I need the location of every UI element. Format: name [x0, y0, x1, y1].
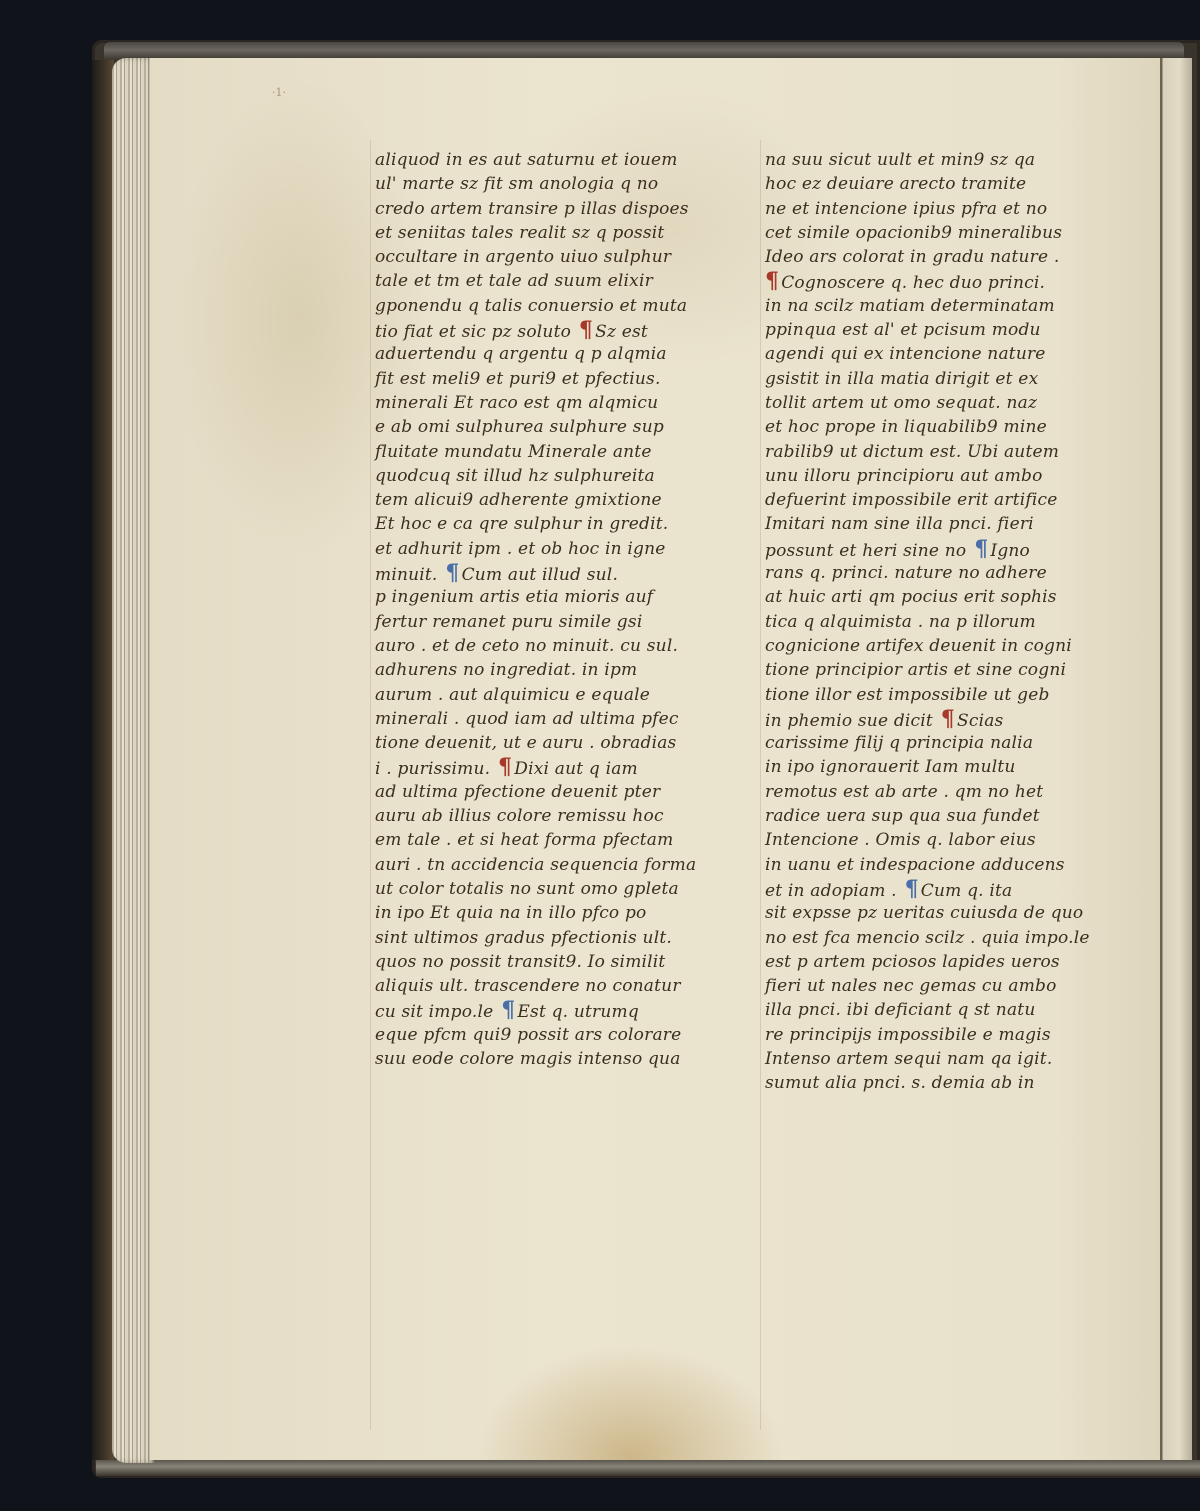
text-line: em tale . et si heat forma pfectam [375, 828, 735, 852]
line-text: e ab omi sulphurea sulphure sup [375, 417, 664, 437]
text-line: est p artem pciosos lapides ueros [765, 950, 1125, 974]
text-line: tione principior artis et sine cogni [765, 658, 1125, 682]
folio-mark: ·1· [272, 86, 286, 99]
text-column-left: aliquod in es aut saturnu et iouemul' ma… [375, 148, 735, 1071]
text-line: agendi qui ex intencione nature [765, 342, 1125, 366]
line-text: et seniitas tales realit sz q possit [375, 223, 664, 243]
line-text: in ipo Et quia na in illo pfco po [375, 903, 646, 923]
line-text: radice uera sup qua sua fundet [765, 806, 1040, 826]
text-line: cet simile opacionib9 mineralibus [765, 221, 1125, 245]
line-text: aduertendu q argentu q p alqmia [375, 344, 667, 364]
line-text: tica q alquimista . na p illorum [765, 612, 1036, 632]
text-line: in ipo Et quia na in illo pfco po [375, 901, 735, 925]
line-text: sumut alia pnci. s. demia ab in [765, 1073, 1035, 1093]
text-line: re principijs impossibile e magis [765, 1023, 1125, 1047]
text-line: sit expsse pz ueritas cuiusda de quo [765, 901, 1125, 925]
line-text: cet simile opacionib9 mineralibus [765, 223, 1062, 243]
line-text: in na scilz matiam determinatam [765, 296, 1055, 316]
line-text: tio fiat et sic pz soluto [375, 322, 571, 342]
line-text: tale et tm et tale ad suum elixir [375, 271, 653, 291]
text-line: in phemio sue dicit ¶Scias [765, 707, 1125, 731]
text-line: possunt et heri sine no ¶Igno [765, 537, 1125, 561]
text-line: rabilib9 ut dictum est. Ubi autem [765, 440, 1125, 464]
line-text: ut color totalis no sunt omo gpleta [375, 879, 679, 899]
text-line: sumut alia pnci. s. demia ab in [765, 1071, 1125, 1095]
rubric-text: Cum q. ita [921, 881, 1013, 901]
rubric-text: Igno [990, 541, 1030, 561]
ruling-line [760, 140, 761, 1430]
line-text: fieri ut nales nec gemas cu ambo [765, 976, 1057, 996]
text-line: tione deuenit, ut e auru . obradias [375, 731, 735, 755]
line-text: et in adopiam . [765, 881, 897, 901]
line-text: ppinqua est al' et pcisum modu [765, 320, 1041, 340]
text-line: ¶Cognoscere q. hec duo princi. [765, 269, 1125, 293]
line-text: tione deuenit, ut e auru . obradias [375, 733, 676, 753]
text-line: auri . tn accidencia sequencia forma [375, 853, 735, 877]
text-line: quodcuq sit illud hz sulphureita [375, 464, 735, 488]
text-line: suu eode colore magis intenso qua [375, 1047, 735, 1071]
rubric-text: Scias [957, 711, 1003, 731]
line-text: tem alicui9 adherente gmixtione [375, 490, 662, 510]
red-pilcrow-icon: ¶ [765, 268, 779, 294]
text-column-right: na suu sicut uult et min9 sz qahoc ez de… [765, 148, 1125, 1096]
text-line: tione illor est impossibile ut geb [765, 683, 1125, 707]
line-text: Intenso artem sequi nam qa igit. [765, 1049, 1052, 1069]
line-text: tollit artem ut omo sequat. naz [765, 393, 1037, 413]
gutter-binding [1160, 58, 1192, 1460]
text-line: aurum . aut alquimicu e equale [375, 683, 735, 707]
line-text: rans q. princi. nature no adhere [765, 563, 1047, 583]
text-line: in na scilz matiam determinatam [765, 294, 1125, 318]
line-text: quos no possit transit9. Io similit [375, 952, 665, 972]
text-line: i . purissimu. ¶Dixi aut q iam [375, 755, 735, 779]
text-line: Intenso artem sequi nam qa igit. [765, 1047, 1125, 1071]
line-text: at huic arti qm pocius erit sophis [765, 587, 1057, 607]
text-line: sint ultimos gradus pfectionis ult. [375, 926, 735, 950]
line-text: eque pfcm qui9 possit ars colorare [375, 1025, 681, 1045]
text-line: credo artem transire p illas dispoes [375, 197, 735, 221]
line-text: in phemio sue dicit [765, 711, 933, 731]
line-text: est p artem pciosos lapides ueros [765, 952, 1060, 972]
text-line: et seniitas tales realit sz q possit [375, 221, 735, 245]
text-line: Ideo ars colorat in gradu nature . [765, 245, 1125, 269]
rubric-text: Sz est [595, 322, 648, 342]
text-line: minerali Et raco est qm alqmicu [375, 391, 735, 415]
line-text: adhurens no ingrediat. in ipm [375, 660, 637, 680]
text-line: ut color totalis no sunt omo gpleta [375, 877, 735, 901]
page-stack-fore-edge [112, 58, 154, 1463]
line-text: fertur remanet puru simile gsi [375, 612, 642, 632]
text-line: p ingenium artis etia mioris auf [375, 585, 735, 609]
line-text: ad ultima pfectione deuenit pter [375, 782, 660, 802]
text-line: et in adopiam . ¶Cum q. ita [765, 877, 1125, 901]
text-line: rans q. princi. nature no adhere [765, 561, 1125, 585]
line-text: Imitari nam sine illa pnci. fieri [765, 514, 1034, 534]
line-text: in ipo ignorauerit Iam multu [765, 757, 1016, 777]
line-text: sint ultimos gradus pfectionis ult. [375, 928, 672, 948]
text-line: occultare in argento uiuo sulphur [375, 245, 735, 269]
line-text: re principijs impossibile e magis [765, 1025, 1051, 1045]
red-pilcrow-icon: ¶ [933, 706, 955, 732]
line-text: unu illoru principioru aut ambo [765, 466, 1043, 486]
text-line: in uanu et indespacione adducens [765, 853, 1125, 877]
line-text: aliquis ult. trascendere no conatur [375, 976, 681, 996]
line-text: fit est meli9 et puri9 et pfectius. [375, 369, 661, 389]
line-text: credo artem transire p illas dispoes [375, 199, 689, 219]
line-text: aurum . aut alquimicu e equale [375, 685, 650, 705]
text-line: radice uera sup qua sua fundet [765, 804, 1125, 828]
rubric-text: Cognoscere q. hec duo princi. [781, 273, 1045, 293]
text-line: fertur remanet puru simile gsi [375, 610, 735, 634]
line-text: ul' marte sz fit sm anologia q no [375, 174, 658, 194]
text-line: auru ab illius colore remissu hoc [375, 804, 735, 828]
line-text: auro . et de ceto no minuit. cu sul. [375, 636, 678, 656]
line-text: i . purissimu. [375, 759, 490, 779]
line-text: gponendu q talis conuersio et muta [375, 296, 687, 316]
text-line: minerali . quod iam ad ultima pfec [375, 707, 735, 731]
text-line: ad ultima pfectione deuenit pter [375, 780, 735, 804]
text-line: ne et intencione ipius pfra et no [765, 197, 1125, 221]
rubric-text: Est q. utrumq [517, 1002, 639, 1022]
line-text: quodcuq sit illud hz sulphureita [375, 466, 655, 486]
text-line: unu illoru principioru aut ambo [765, 464, 1125, 488]
line-text: rabilib9 ut dictum est. Ubi autem [765, 442, 1059, 462]
line-text: hoc ez deuiare arecto tramite [765, 174, 1026, 194]
text-line: Imitari nam sine illa pnci. fieri [765, 512, 1125, 536]
line-text: fluitate mundatu Minerale ante [375, 442, 652, 462]
rubric-text: Cum aut illud sul. [462, 565, 618, 585]
red-pilcrow-icon: ¶ [571, 317, 593, 343]
line-text: Intencione . Omis q. labor eius [765, 830, 1036, 850]
text-line: fluitate mundatu Minerale ante [375, 440, 735, 464]
text-line: adhurens no ingrediat. in ipm [375, 658, 735, 682]
line-text: et hoc prope in liquabilib9 mine [765, 417, 1047, 437]
text-line: illa pnci. ibi deficiant q st natu [765, 998, 1125, 1022]
text-line: in ipo ignorauerit Iam multu [765, 755, 1125, 779]
text-line: e ab omi sulphurea sulphure sup [375, 415, 735, 439]
text-line: aliquis ult. trascendere no conatur [375, 974, 735, 998]
line-text: ne et intencione ipius pfra et no [765, 199, 1047, 219]
text-line: et hoc prope in liquabilib9 mine [765, 415, 1125, 439]
text-line: cognicione artifex deuenit in cogni [765, 634, 1125, 658]
line-text: occultare in argento uiuo sulphur [375, 247, 671, 267]
red-pilcrow-icon: ¶ [490, 754, 512, 780]
line-text: auru ab illius colore remissu hoc [375, 806, 664, 826]
text-line: gsistit in illa matia dirigit et ex [765, 367, 1125, 391]
line-text: no est fca mencio scilz . quia impo.le [765, 928, 1090, 948]
text-line: carissime filij q principia nalia [765, 731, 1125, 755]
line-text: gsistit in illa matia dirigit et ex [765, 369, 1038, 389]
line-text: p ingenium artis etia mioris auf [375, 587, 653, 607]
line-text: tione principior artis et sine cogni [765, 660, 1066, 680]
text-line: minuit. ¶Cum aut illud sul. [375, 561, 735, 585]
text-line: tio fiat et sic pz soluto ¶Sz est [375, 318, 735, 342]
text-line: Intencione . Omis q. labor eius [765, 828, 1125, 852]
text-line: tica q alquimista . na p illorum [765, 610, 1125, 634]
ruling-line [370, 140, 371, 1430]
text-line: remotus est ab arte . qm no het [765, 780, 1125, 804]
text-line: ppinqua est al' et pcisum modu [765, 318, 1125, 342]
text-line: defuerint impossibile erit artifice [765, 488, 1125, 512]
text-line: fieri ut nales nec gemas cu ambo [765, 974, 1125, 998]
line-text: Ideo ars colorat in gradu nature . [765, 247, 1059, 267]
blue-pilcrow-icon: ¶ [493, 997, 515, 1023]
text-line: tem alicui9 adherente gmixtione [375, 488, 735, 512]
line-text: minerali Et raco est qm alqmicu [375, 393, 658, 413]
text-line: tollit artem ut omo sequat. naz [765, 391, 1125, 415]
text-line: aduertendu q argentu q p alqmia [375, 342, 735, 366]
book-spine-edge [92, 60, 114, 1460]
line-text: sit expsse pz ueritas cuiusda de quo [765, 903, 1083, 923]
blue-pilcrow-icon: ¶ [966, 536, 988, 562]
line-text: suu eode colore magis intenso qua [375, 1049, 681, 1069]
line-text: minerali . quod iam ad ultima pfec [375, 709, 679, 729]
line-text: minuit. [375, 565, 438, 585]
line-text: na suu sicut uult et min9 sz qa [765, 150, 1035, 170]
line-text: aliquod in es aut saturnu et iouem [375, 150, 678, 170]
line-text: em tale . et si heat forma pfectam [375, 830, 673, 850]
text-line: auro . et de ceto no minuit. cu sul. [375, 634, 735, 658]
line-text: illa pnci. ibi deficiant q st natu [765, 1000, 1035, 1020]
text-line: fit est meli9 et puri9 et pfectius. [375, 367, 735, 391]
line-text: defuerint impossibile erit artifice [765, 490, 1057, 510]
text-line: gponendu q talis conuersio et muta [375, 294, 735, 318]
text-line: quos no possit transit9. Io similit [375, 950, 735, 974]
text-line: na suu sicut uult et min9 sz qa [765, 148, 1125, 172]
text-line: et adhurit ipm . et ob hoc in igne [375, 537, 735, 561]
text-line: tale et tm et tale ad suum elixir [375, 269, 735, 293]
text-line: hoc ez deuiare arecto tramite [765, 172, 1125, 196]
text-line: no est fca mencio scilz . quia impo.le [765, 926, 1125, 950]
line-text: remotus est ab arte . qm no het [765, 782, 1043, 802]
line-text: possunt et heri sine no [765, 541, 966, 561]
line-text: auri . tn accidencia sequencia forma [375, 855, 696, 875]
text-line: cu sit impo.le ¶Est q. utrumq [375, 998, 735, 1022]
text-line: eque pfcm qui9 possit ars colorare [375, 1023, 735, 1047]
text-line: aliquod in es aut saturnu et iouem [375, 148, 735, 172]
line-text: tione illor est impossibile ut geb [765, 685, 1050, 705]
line-text: cognicione artifex deuenit in cogni [765, 636, 1072, 656]
line-text: cu sit impo.le [375, 1002, 493, 1022]
text-line: ul' marte sz fit sm anologia q no [375, 172, 735, 196]
line-text: carissime filij q principia nalia [765, 733, 1033, 753]
text-line: at huic arti qm pocius erit sophis [765, 585, 1125, 609]
line-text: agendi qui ex intencione nature [765, 344, 1046, 364]
line-text: Et hoc e ca qre sulphur in gredit. [375, 514, 668, 534]
line-text: in uanu et indespacione adducens [765, 855, 1065, 875]
line-text: et adhurit ipm . et ob hoc in igne [375, 539, 666, 559]
rubric-text: Dixi aut q iam [514, 759, 638, 779]
blue-pilcrow-icon: ¶ [438, 560, 460, 586]
text-line: Et hoc e ca qre sulphur in gredit. [375, 512, 735, 536]
cover-bottom-edge [96, 1460, 1200, 1476]
blue-pilcrow-icon: ¶ [897, 876, 919, 902]
